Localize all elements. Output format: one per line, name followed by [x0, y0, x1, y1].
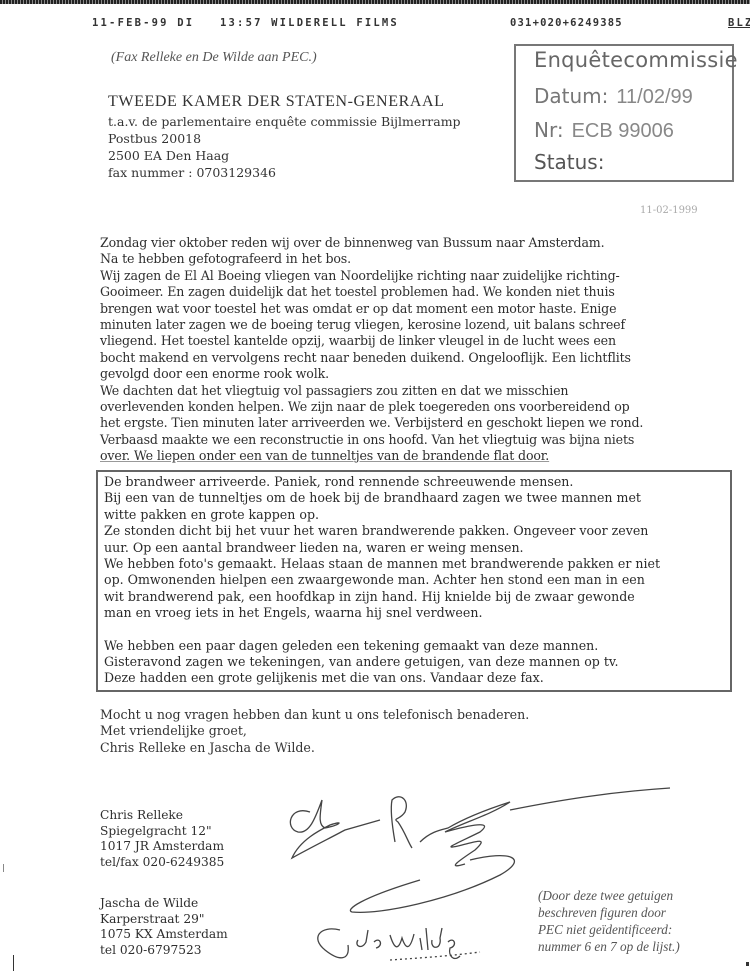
body-line: Wij zagen de El Al Boeing vliegen van No… — [100, 268, 730, 284]
sender-address-relleke: Chris Relleke Spiegelgracht 12" 1017 JR … — [100, 808, 224, 870]
fax-number: 031+020+6249385 — [510, 17, 623, 29]
fax-page: BLZ.1 — [728, 17, 750, 29]
top-annotation: (Fax Relleke en De Wilde aan PEC.) — [111, 50, 317, 66]
address-line: 1017 JR Amsterdam — [100, 839, 224, 855]
fax-date: 11-FEB-99 DI — [92, 17, 194, 29]
stamp-title: Enquêtecommissie — [534, 48, 738, 72]
letter-body: Zondag vier oktober reden wij over de bi… — [100, 235, 730, 465]
boxed-line: wit brandwerend pak, een hoofdkap in zij… — [104, 589, 730, 605]
closing-block: Mocht u nog vragen hebben dan kunt u ons… — [100, 707, 529, 756]
boxed-line: Ze stonden dicht bij het vuur het waren … — [104, 523, 730, 539]
body-line: over. We liepen onder een van de tunnelt… — [100, 448, 730, 464]
stamp-nr-row: Nr:ECB 99006 — [534, 118, 674, 143]
body-line: minuten later zagen we de boeing terug v… — [100, 317, 730, 333]
body-line: het ergste. Tien minuten later arriveerd… — [100, 415, 730, 431]
fax-top-edge — [0, 0, 750, 4]
boxed-line: We hebben foto's gemaakt. Helaas staan d… — [104, 556, 730, 572]
address-line: Jascha de Wilde — [100, 896, 228, 912]
bottom-annotation: (Door deze twee getuigen beschreven figu… — [538, 887, 738, 955]
stamp-status-row: Status: — [534, 150, 612, 175]
closing-line: Mocht u nog vragen hebben dan kunt u ons… — [100, 707, 529, 723]
stamp-date-label: Datum: — [534, 84, 608, 108]
closing-line: Met vriendelijke groet, — [100, 723, 529, 739]
address-line: Chris Relleke — [100, 808, 224, 824]
scan-margin-mark — [13, 955, 14, 971]
recipient-line: 2500 EA Den Haag — [108, 147, 461, 164]
boxed-line: Bij een van de tunneltjes om de hoek bij… — [104, 490, 730, 506]
annotation-line: (Door deze twee getuigen — [538, 887, 738, 904]
body-line: Na te hebben gefotografeerd in het bos. — [100, 251, 730, 267]
annotation-line: nummer 6 en 7 op de lijst.) — [538, 938, 738, 955]
sender-address-de-wilde: Jascha de Wilde Karperstraat 29" 1075 KX… — [100, 896, 228, 958]
annotation-line: beschreven figuren door — [538, 904, 738, 921]
body-line: vliegend. Het toestel kantelde opzij, wa… — [100, 333, 730, 349]
address-line: Karperstraat 29" — [100, 912, 228, 928]
scan-margin-mark — [3, 864, 4, 872]
recipient-line: t.a.v. de parlementaire enquête commissi… — [108, 113, 461, 130]
address-line: 1075 KX Amsterdam — [100, 927, 228, 943]
body-line: overlevenden konden helpen. We zijn naar… — [100, 399, 730, 415]
recipient-block: TWEEDE KAMER DER STATEN-GENERAAL t.a.v. … — [108, 93, 461, 181]
stamp-status-label: Status: — [534, 150, 604, 174]
highlighted-testimony-box: De brandweer arriveerde. Paniek, rond re… — [96, 470, 732, 692]
body-line: brengen wat voor toestel het was omdat e… — [100, 301, 730, 317]
boxed-line: Deze hadden een grote gelijkenis met die… — [104, 670, 730, 686]
document-date: 11-02-1999 — [640, 205, 698, 216]
annotation-line: PEC niet geïdentificeerd: — [538, 921, 738, 938]
stamp-date-row: Datum:11/02/99 — [534, 84, 693, 109]
stamp-nr-label: Nr: — [534, 118, 564, 142]
address-line: tel 020-6797523 — [100, 943, 228, 959]
recipient-line: Postbus 20018 — [108, 130, 461, 147]
body-line: Zondag vier oktober reden wij over de bi… — [100, 235, 730, 251]
received-stamp: Enquêtecommissie Datum:11/02/99 Nr:ECB 9… — [514, 44, 734, 182]
stamp-nr-value: ECB 99006 — [572, 120, 674, 142]
body-line: bocht makend en vervolgens recht naar be… — [100, 350, 730, 366]
body-line: gevolgd door een enorme rook wolk. — [100, 366, 730, 382]
boxed-line: We hebben een paar dagen geleden een tek… — [104, 638, 730, 654]
stamp-date-value: 11/02/99 — [616, 86, 692, 108]
boxed-line: op. Omwonenden hielpen een zwaargewonde … — [104, 572, 730, 588]
boxed-line: Gisteravond zagen we tekeningen, van and… — [104, 654, 730, 670]
signature-de-wilde — [318, 928, 480, 960]
body-line: Gooimeer. En zagen duidelijk dat het toe… — [100, 284, 730, 300]
body-line: We dachten dat het vliegtuig vol passagi… — [100, 383, 730, 399]
recipient-line: fax nummer : 0703129346 — [108, 164, 461, 181]
address-line: Spiegelgracht 12" — [100, 824, 224, 840]
paragraph-gap — [104, 622, 730, 638]
fax-transmission-header: 11-FEB-99 DI 13:57 WILDERELL FILMS 031+0… — [92, 17, 750, 33]
body-line: Verbaasd maakte we een reconstructie in … — [100, 432, 730, 448]
recipient-org: TWEEDE KAMER DER STATEN-GENERAAL — [108, 93, 461, 111]
scan-margin-mark — [746, 962, 749, 966]
boxed-line: witte pakken en grote kappen op. — [104, 507, 730, 523]
boxed-line: man en vroeg iets in het Engels, waarna … — [104, 605, 730, 621]
address-line: tel/fax 020-6249385 — [100, 855, 224, 871]
closing-line: Chris Relleke en Jascha de Wilde. — [100, 740, 529, 756]
boxed-line: De brandweer arriveerde. Paniek, rond re… — [104, 474, 730, 490]
fax-time-sender: 13:57 WILDERELL FILMS — [220, 17, 399, 29]
boxed-line: uur. Op een aantal brandweer lieden na, … — [104, 540, 730, 556]
